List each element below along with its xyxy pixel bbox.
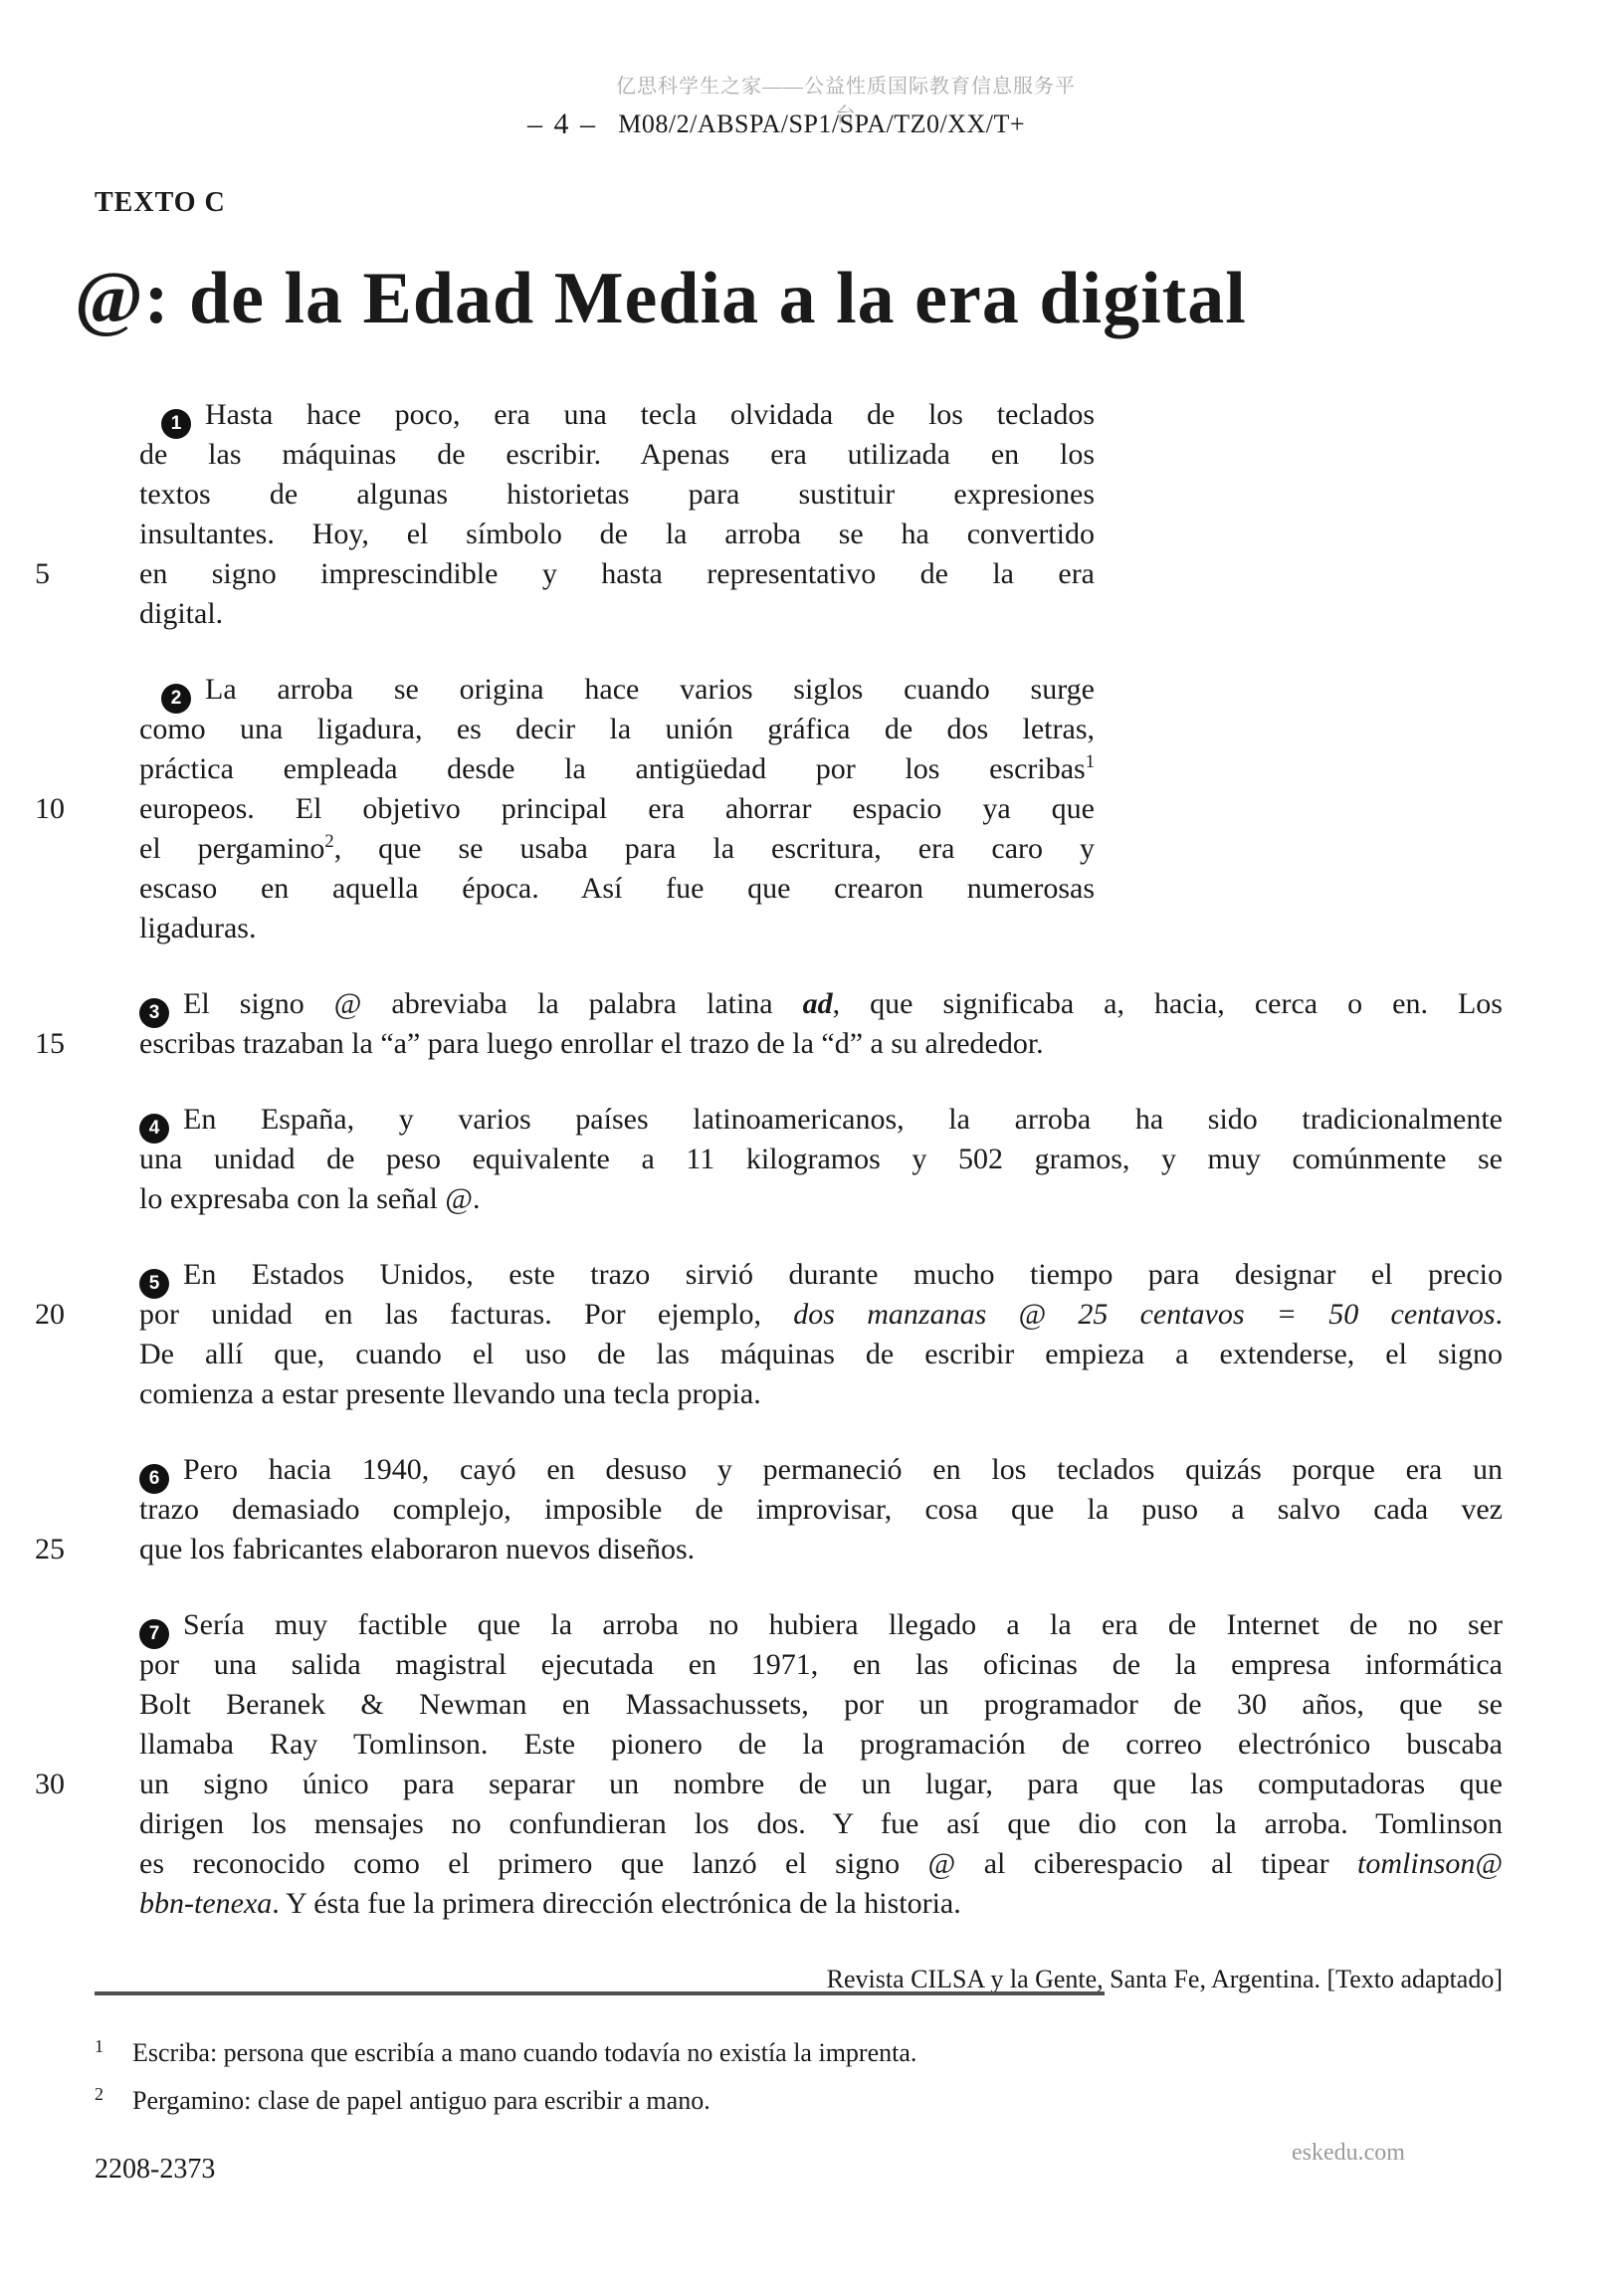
text-segment: ligaduras. xyxy=(139,912,256,944)
text-segment: como una ligadura, es decir la unión grá… xyxy=(139,713,1095,745)
text-line: lo expresaba con la señal @. xyxy=(139,1179,1503,1219)
page-title: @: de la Edad Media a la era digital xyxy=(75,257,1547,341)
text-segment: comienza a estar presente llevando una t… xyxy=(139,1377,761,1410)
text-segment: de las máquinas de escribir. Apenas era … xyxy=(139,438,1095,471)
text-segment: El signo @ abreviaba la palabra latina xyxy=(183,987,803,1020)
text-segment: textos de algunas historietas para susti… xyxy=(139,478,1095,511)
document-code: 2208-2373 xyxy=(95,2154,215,2186)
text-segment: dos manzanas @ 25 centavos = 50 centavos xyxy=(793,1298,1495,1331)
paragraph-3: 3El signo @ abreviaba la palabra latina … xyxy=(139,984,1503,1064)
text-segment: insultantes. Hoy, el símbolo de la arrob… xyxy=(139,518,1095,550)
text-segment: que los fabricantes elaboraron nuevos di… xyxy=(139,1533,695,1565)
text-segment: . xyxy=(1496,1298,1504,1331)
text-segment: . Y ésta fue la primera dirección electr… xyxy=(272,1887,960,1920)
text-line: dirigen los mensajes no confundieran los… xyxy=(139,1804,1503,1844)
line-number: 5 xyxy=(35,554,134,594)
text-line: un signo único para separar un nombre de… xyxy=(139,1765,1503,1804)
text-segment: digital. xyxy=(139,597,223,630)
text-line: Bolt Beranek & Newman en Massachussets, … xyxy=(139,1685,1503,1725)
line-number: 15 xyxy=(35,1024,134,1064)
text-segment: en signo imprescindible y hasta represen… xyxy=(139,557,1095,590)
text-line: 3El signo @ abreviaba la palabra latina … xyxy=(139,984,1503,1024)
text-segment: europeos. El objetivo principal era ahor… xyxy=(139,792,1095,825)
text-line: una unidad de peso equivalente a 11 kilo… xyxy=(139,1140,1503,1179)
paragraph-4: 4En España, y varios países latinoameric… xyxy=(139,1100,1503,1219)
text-segment: 1 xyxy=(1086,751,1095,772)
text-line: es reconocido como el primero que lanzó … xyxy=(139,1844,1503,1884)
footnote-divider xyxy=(95,1991,1105,1995)
text-segment: En Estados Unidos, este trazo sirvió dur… xyxy=(183,1258,1503,1291)
text-segment: bbn-tenexa xyxy=(139,1887,272,1920)
text-segment: Pero hacia 1940, cayó en desuso y perman… xyxy=(183,1453,1503,1486)
text-line: por unidad en las facturas. Por ejemplo,… xyxy=(139,1295,1503,1335)
document-page: 亿思科学生之家——公益性质国际教育信息服务平台 – 4 – M08/2/ABSP… xyxy=(0,0,1623,2296)
section-label: TEXTO C xyxy=(95,187,226,219)
text-line: comienza a estar presente llevando una t… xyxy=(139,1374,1503,1414)
text-segment: escaso en aquella época. Así fue que cre… xyxy=(139,872,1095,905)
text-line: 4En España, y varios países latinoameric… xyxy=(139,1100,1503,1140)
footnote-marker: 1 xyxy=(95,2030,108,2062)
text-line: que los fabricantes elaboraron nuevos di… xyxy=(139,1530,1503,1569)
text-line: 2La arroba se origina hace varios siglos… xyxy=(139,670,1095,710)
text-line: textos de algunas historietas para susti… xyxy=(139,475,1095,515)
text-segment: Bolt Beranek & Newman en Massachussets, … xyxy=(139,1688,1503,1721)
paragraph-2: 2La arroba se origina hace varios siglos… xyxy=(139,670,1503,948)
text-line: el pergamino2, que se usaba para la escr… xyxy=(139,829,1095,869)
text-line: insultantes. Hoy, el símbolo de la arrob… xyxy=(139,515,1095,554)
text-segment: tomlinson@ xyxy=(1357,1847,1503,1880)
text-segment: una unidad de peso equivalente a 11 kilo… xyxy=(139,1143,1503,1175)
text-segment: lo expresaba con la señal @. xyxy=(139,1182,481,1215)
text-segment: práctica empleada desde la antigüedad po… xyxy=(139,752,1086,785)
text-segment: Hasta hace poco, era una tecla olvidada … xyxy=(205,398,1095,431)
text-segment: escribas trazaban la “a” para luego enro… xyxy=(139,1027,1044,1060)
text-line: llamaba Ray Tomlinson. Este pionero de l… xyxy=(139,1725,1503,1765)
text-segment: llamaba Ray Tomlinson. Este pionero de l… xyxy=(139,1728,1503,1761)
text-line: escaso en aquella época. Así fue que cre… xyxy=(139,869,1095,909)
paper-code: M08/2/ABSPA/SP1/SPA/TZ0/XX/T+ xyxy=(618,109,1025,139)
text-line: en signo imprescindible y hasta represen… xyxy=(139,554,1095,594)
text-line: bbn-tenexa. Y ésta fue la primera direcc… xyxy=(139,1884,1503,1924)
text-line: 7Sería muy factible que la arroba no hub… xyxy=(139,1605,1503,1645)
text-line: escribas trazaban la “a” para luego enro… xyxy=(139,1024,1503,1064)
text-line: europeos. El objetivo principal era ahor… xyxy=(139,789,1095,829)
text-line: digital. xyxy=(139,594,1095,634)
text-line: 1Hasta hace poco, era una tecla olvidada… xyxy=(139,395,1095,435)
text-line: por una salida magistral ejecutada en 19… xyxy=(139,1645,1503,1685)
page-number: – 4 – xyxy=(527,107,597,141)
paragraph-6: 6Pero hacia 1940, cayó en desuso y perma… xyxy=(139,1450,1503,1569)
text-line: práctica empleada desde la antigüedad po… xyxy=(139,749,1095,789)
footnote-marker: 2 xyxy=(95,2078,108,2110)
paragraph-5: 5En Estados Unidos, este trazo sirvió du… xyxy=(139,1255,1503,1414)
text-segment: Sería muy factible que la arroba no hubi… xyxy=(183,1608,1503,1641)
footnote-1: 1Escriba: persona que escribía a mano cu… xyxy=(95,2030,916,2069)
text-segment: , que significaba a, hacia, cerca o en. … xyxy=(833,987,1503,1020)
text-body: 1Hasta hace poco, era una tecla olvidada… xyxy=(139,395,1503,1999)
text-segment: es reconocido como el primero que lanzó … xyxy=(139,1847,1357,1880)
text-line: De allí que, cuando el uso de las máquin… xyxy=(139,1335,1503,1374)
text-line: de las máquinas de escribir. Apenas era … xyxy=(139,435,1095,475)
paragraph-1: 1Hasta hace poco, era una tecla olvidada… xyxy=(139,395,1503,634)
footnote-2: 2Pergamino: clase de papel antiguo para … xyxy=(95,2078,710,2117)
text-segment: dirigen los mensajes no confundieran los… xyxy=(139,1807,1503,1840)
text-segment: por una salida magistral ejecutada en 19… xyxy=(139,1648,1503,1681)
line-number: 30 xyxy=(35,1765,134,1804)
paragraph-7: 7Sería muy factible que la arroba no hub… xyxy=(139,1605,1503,1924)
text-segment: por unidad en las facturas. Por ejemplo, xyxy=(139,1298,793,1331)
text-line: 6Pero hacia 1940, cayó en desuso y perma… xyxy=(139,1450,1503,1490)
text-segment: , que se usaba para la escritura, era ca… xyxy=(334,832,1095,865)
line-number: 20 xyxy=(35,1295,134,1335)
footnote-text: Escriba: persona que escribía a mano cua… xyxy=(132,2038,916,2067)
line-number: 10 xyxy=(35,789,134,829)
text-segment: 2 xyxy=(324,831,333,852)
text-segment: un signo único para separar un nombre de… xyxy=(139,1768,1503,1800)
text-line: como una ligadura, es decir la unión grá… xyxy=(139,710,1095,749)
text-segment: En España, y varios países latinoamerica… xyxy=(183,1103,1503,1136)
text-segment: ad xyxy=(803,987,833,1020)
text-segment: el pergamino xyxy=(139,832,324,865)
text-segment: De allí que, cuando el uso de las máquin… xyxy=(139,1338,1503,1370)
line-number: 25 xyxy=(35,1530,134,1569)
text-segment: trazo demasiado complejo, imposible de i… xyxy=(139,1493,1503,1526)
footnote-text: Pergamino: clase de papel antiguo para e… xyxy=(132,2086,710,2115)
text-segment: La arroba se origina hace varios siglos … xyxy=(205,673,1095,706)
text-line: trazo demasiado complejo, imposible de i… xyxy=(139,1490,1503,1530)
site-mark: eskedu.com xyxy=(1292,2140,1405,2167)
text-line: 5En Estados Unidos, este trazo sirvió du… xyxy=(139,1255,1503,1295)
text-line: ligaduras. xyxy=(139,909,1095,948)
